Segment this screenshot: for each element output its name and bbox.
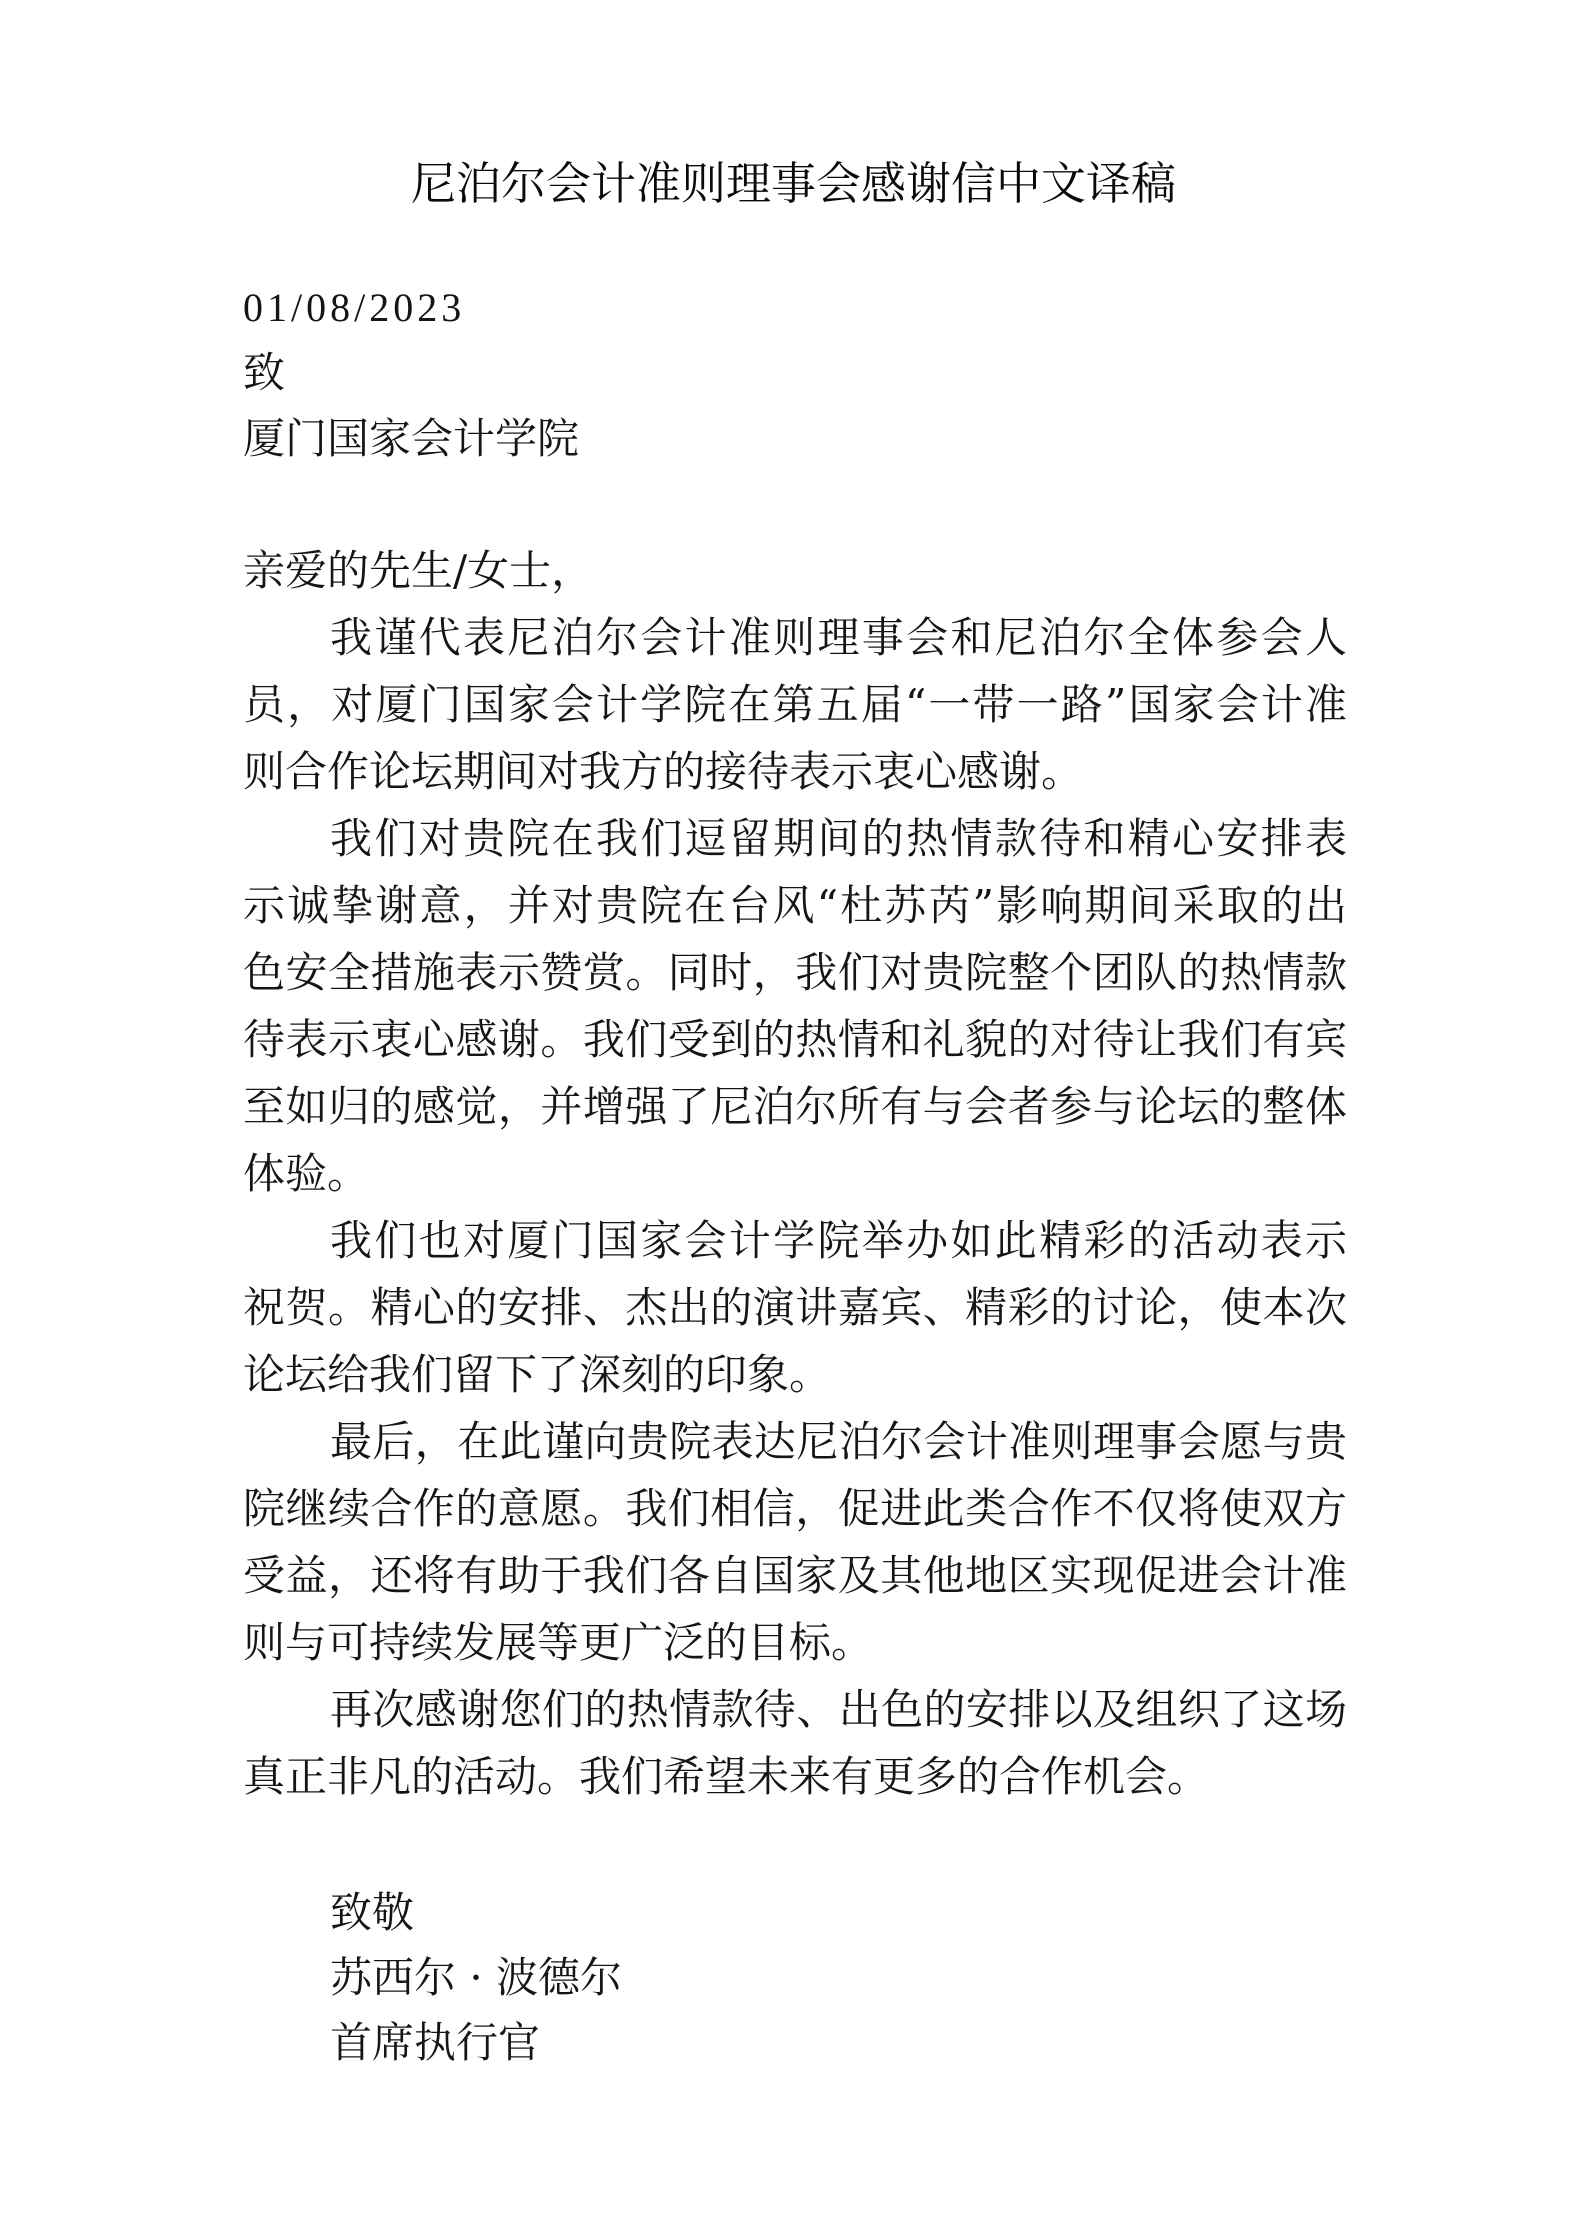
paragraph-5-line-2: 真正非凡的活动。我们希望未来有更多的合作机会。 [243,1747,1209,1807]
letter-page: 尼泊尔会计准则理事会感谢信中文译稿 01/08/2023 致 厦门国家会计学院 … [0,0,1587,2218]
paragraph-4-line-2: 院继续合作的意愿。我们相信，促进此类合作不仅将使双方 [243,1479,1347,1539]
paragraph-2-line-2: 示诚挚谢意，并对贵院在台风“杜苏芮”影响期间采取的出 [243,876,1347,936]
document-title: 尼泊尔会计准则理事会感谢信中文译稿 [0,152,1587,216]
to-label: 致 [243,343,285,403]
paragraph-4-line-1: 最后，在此谨向贵院表达尼泊尔会计准则理事会愿与贵 [330,1412,1347,1472]
paragraph-5-line-1: 再次感谢您们的热情款待、出色的安排以及组织了这场 [330,1680,1347,1740]
paragraph-1-line-3: 则合作论坛期间对我方的接待表示衷心感谢。 [243,742,1083,802]
paragraph-2-line-4: 待表示衷心感谢。我们受到的热情和礼貌的对待让我们有宾 [243,1010,1347,1070]
paragraph-2-line-3: 色安全措施表示赞赏。同时，我们对贵院整个团队的热情款 [243,943,1347,1003]
paragraph-1-line-1: 我谨代表尼泊尔会计准则理事会和尼泊尔全体参会人 [330,608,1347,668]
paragraph-3-line-2: 祝贺。精心的安排、杰出的演讲嘉宾、精彩的讨论，使本次 [243,1278,1347,1338]
closing: 致敬 [330,1883,414,1943]
paragraph-3-line-1: 我们也对厦门国家会计学院举办如此精彩的活动表示 [330,1211,1347,1271]
paragraph-1-line-2: 员，对厦门国家会计学院在第五届“一带一路”国家会计准 [243,675,1347,735]
signatory-title: 首席执行官 [330,2013,540,2073]
paragraph-2-line-5: 至如归的感觉，并增强了尼泊尔所有与会者参与论坛的整体 [243,1077,1347,1137]
salutation: 亲爱的先生/女士， [243,541,593,601]
signatory-name: 苏西尔 · 波德尔 [330,1948,622,2008]
paragraph-4-line-4: 则与可持续发展等更广泛的目标。 [243,1613,873,1673]
letter-date: 01/08/2023 [243,278,465,338]
paragraph-4-line-3: 受益，还将有助于我们各自国家及其他地区实现促进会计准 [243,1546,1347,1606]
paragraph-2-line-6: 体验。 [243,1144,369,1204]
paragraph-3-line-3: 论坛给我们留下了深刻的印象。 [243,1345,831,1405]
paragraph-2-line-1: 我们对贵院在我们逗留期间的热情款待和精心安排表 [330,809,1347,869]
recipient: 厦门国家会计学院 [243,409,579,469]
